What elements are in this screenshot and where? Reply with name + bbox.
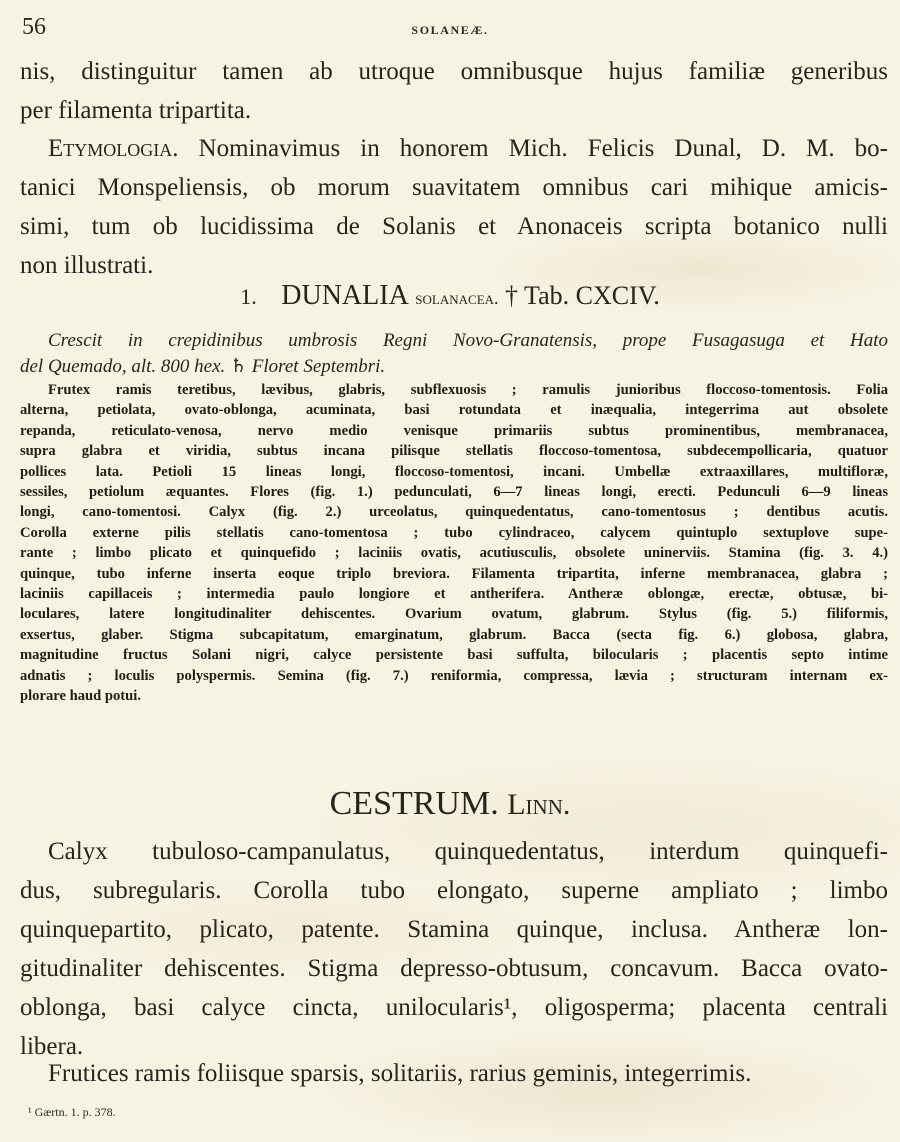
genus-heading: CESTRUM. Linn. xyxy=(0,785,900,823)
text-line: Frutices ramis foliisque sparsis, solita… xyxy=(20,1054,888,1093)
species-epithet: solanacea. xyxy=(415,288,498,308)
text-line: nis, distinguitur tamen ab utroque omnib… xyxy=(20,52,888,91)
footnote-text: Gærtn. 1. p. 378. xyxy=(35,1105,116,1119)
habit-paragraph: Frutices ramis foliisque sparsis, solita… xyxy=(20,1054,888,1093)
text-line: rante ; limbo plicato et quinquefido ; l… xyxy=(20,543,888,563)
footnote-marker: ¹ xyxy=(28,1105,32,1119)
text-line: Calyx tubuloso-campanulatus, quinquedent… xyxy=(20,832,888,871)
genus-character-paragraph: Calyx tubuloso-campanulatus, quinquedent… xyxy=(20,832,888,1066)
text-line: repanda, reticulato-venosa, nervo medio … xyxy=(20,421,888,441)
text-line: dus, subregularis. Corolla tubo elongato… xyxy=(20,871,888,910)
text-line: quinque, tubo inferne inserta eoque trip… xyxy=(20,564,888,584)
text-line: alterna, petiolata, ovato-oblonga, acumi… xyxy=(20,400,888,420)
habitat-paragraph: Crescit in crepidinibus umbrosis Regni N… xyxy=(20,328,888,380)
genus-authority: Linn. xyxy=(507,788,570,821)
text-line: adnatis ; loculis polyspermis. Semina (f… xyxy=(20,666,888,686)
text-line: longi, cano-tomentosi. Calyx (fig. 2.) u… xyxy=(20,502,888,522)
text-line: Etymologia. Nominavimus in honorem Mich.… xyxy=(20,129,888,168)
species-description: Frutex ramis teretibus, lævibus, glabris… xyxy=(20,380,888,707)
etymology-label: Etymologia. xyxy=(48,135,179,162)
etymology-paragraph: Etymologia. Nominavimus in honorem Mich.… xyxy=(20,129,888,285)
text-line: Corolla externe pilis stellatis cano-tom… xyxy=(20,523,888,543)
plate-reference: † Tab. CXCIV. xyxy=(505,281,660,310)
footnote: ¹ Gærtn. 1. p. 378. xyxy=(28,1105,116,1120)
text-line: loculares, latere longitudinaliter dehis… xyxy=(20,604,888,624)
species-heading: 1. DUNALIA solanacea. † Tab. CXCIV. xyxy=(0,280,900,312)
text-line: quinquepartito, plicato, patente. Stamin… xyxy=(20,910,888,949)
text-line: oblonga, basi calyce cincta, uniloculari… xyxy=(20,988,888,1027)
page-header: 56 SOLANEÆ. xyxy=(20,14,880,44)
species-genus: DUNALIA xyxy=(281,280,409,311)
species-number: 1. xyxy=(240,284,257,309)
text-line: Frutex ramis teretibus, lævibus, glabris… xyxy=(20,380,888,400)
running-head: SOLANEÆ. xyxy=(20,23,880,38)
document-page: 56 SOLANEÆ. nis, distinguitur tamen ab u… xyxy=(0,0,900,1142)
text-line: tanici Monspeliensis, ob morum suavitate… xyxy=(20,168,888,207)
text-line: pollices lata. Petioli 15 lineas longi, … xyxy=(20,462,888,482)
text-line: Crescit in crepidinibus umbrosis Regni N… xyxy=(20,328,888,354)
text-line: del Quemado, alt. 800 hex. ♄ Floret Sept… xyxy=(20,354,888,380)
text-line: laciniis capillaceis ; intermedia paulo … xyxy=(20,584,888,604)
text-line: simi, tum ob lucidissima de Solanis et A… xyxy=(20,207,888,246)
text-line: gitudinaliter dehiscentes. Stigma depres… xyxy=(20,949,888,988)
text-line: supra glabra et viridia, subtus incana p… xyxy=(20,441,888,461)
text-line: per filamenta tripartita. xyxy=(20,91,888,130)
intro-paragraph: nis, distinguitur tamen ab utroque omnib… xyxy=(20,52,888,130)
text-line: sessiles, petiolum æquantes. Flores (fig… xyxy=(20,482,888,502)
text-line: magnitudine fructus Solani nigri, calyce… xyxy=(20,645,888,665)
text-line: exsertus, glaber. Stigma subcapitatum, e… xyxy=(20,625,888,645)
text-line: plorare haud potui. xyxy=(20,686,888,706)
genus-name: CESTRUM. xyxy=(330,785,499,822)
